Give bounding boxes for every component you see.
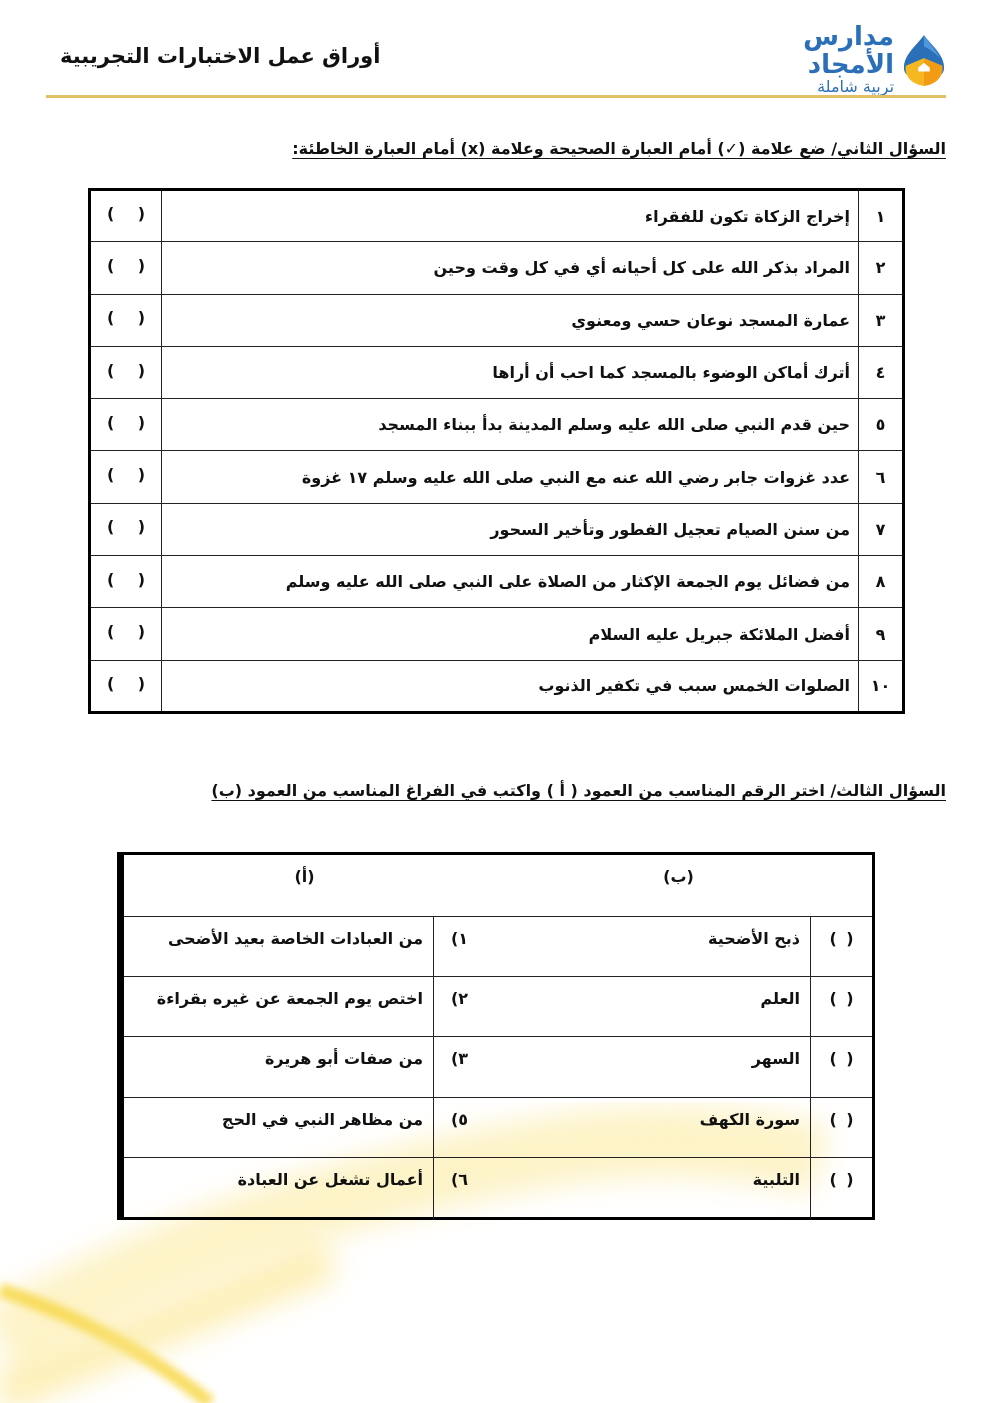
question2-heading: السؤال الثاني/ ضع علامة (✓) أمام العبارة… [292, 139, 946, 158]
header-divider [46, 95, 946, 98]
answer-blank[interactable]: )( [90, 294, 162, 346]
table-row: ٨ من فضائل يوم الجمعة الإكثار من الصلاة … [90, 556, 904, 608]
statement: الصلوات الخمس سبب في تكفير الذنوب [162, 660, 859, 712]
column-b-row: )( ذبح الأضحية [485, 917, 872, 977]
row-number: ٤ [859, 346, 904, 398]
matching-table: (أ) ١) من العبادات الخاصة بعيد الأضحى ٢)… [117, 852, 875, 1220]
table-row: ٤ أترك أماكن الوضوء بالمسجد كما احب أن أ… [90, 346, 904, 398]
table-row: ٦ عدد غزوات جابر رضي الله عنه مع النبي ص… [90, 451, 904, 503]
row-number: ١ [859, 190, 904, 242]
column-b: (ب) )( ذبح الأضحية )( العلم )( السهر )( … [485, 855, 872, 1217]
worksheet-title: أوراق عمل الاختبارات التجريبية [60, 44, 380, 68]
table-row: ٧ من سنن الصيام تعجيل الفطور وتأخير السح… [90, 503, 904, 555]
answer-blank[interactable]: )( [90, 451, 162, 503]
statement: من سنن الصيام تعجيل الفطور وتأخير السحور [162, 503, 859, 555]
answer-blank[interactable]: )( [810, 977, 872, 1036]
answer-blank[interactable]: )( [90, 242, 162, 294]
answer-blank[interactable]: )( [810, 1158, 872, 1218]
statement: المراد بذكر الله على كل أحيانه أي في كل … [162, 242, 859, 294]
item-text: التلبية [485, 1158, 810, 1189]
true-false-table: ١ إخراج الزكاة تكون للفقراء )( ٢ المراد … [88, 188, 905, 714]
column-b-row: )( سورة الكهف [485, 1098, 872, 1158]
row-number: ٥ [859, 399, 904, 451]
item-text: اختص يوم الجمعة عن غيره بقراءة [124, 977, 433, 1008]
item-text: من صفات أبو هريرة [124, 1037, 433, 1068]
item-text: أعمال تشغل عن العبادة [124, 1158, 433, 1189]
column-a-row: ١) من العبادات الخاصة بعيد الأضحى [124, 917, 485, 977]
logo-tagline: تربية شاملة [716, 79, 894, 96]
answer-blank[interactable]: )( [810, 1098, 872, 1157]
statement: عدد غزوات جابر رضي الله عنه مع النبي صلى… [162, 451, 859, 503]
answer-blank[interactable]: )( [90, 608, 162, 660]
item-text: ذبح الأضحية [485, 917, 810, 948]
question3-heading: السؤال الثالث/ اختر الرقم المناسب من الع… [211, 781, 946, 800]
table-row: ٥ حين قدم النبي صلى الله عليه وسلم المدي… [90, 399, 904, 451]
item-text: سورة الكهف [485, 1098, 810, 1129]
row-number: ١٠ [859, 660, 904, 712]
item-text: العلم [485, 977, 810, 1008]
row-number: ٦ [859, 451, 904, 503]
answer-blank[interactable]: )( [90, 556, 162, 608]
item-text: من العبادات الخاصة بعيد الأضحى [124, 917, 433, 948]
column-a-row: ٢) اختص يوم الجمعة عن غيره بقراءة [124, 977, 485, 1037]
column-a: (أ) ١) من العبادات الخاصة بعيد الأضحى ٢)… [120, 855, 485, 1217]
item-text: من مظاهر النبي في الحج [124, 1098, 433, 1129]
column-b-row: )( العلم [485, 977, 872, 1037]
statement: عمارة المسجد نوعان حسي ومعنوي [162, 294, 859, 346]
answer-blank[interactable]: )( [90, 346, 162, 398]
column-a-row: ٥) من مظاهر النبي في الحج [124, 1098, 485, 1158]
row-number: ٢ [859, 242, 904, 294]
table-row: ٣ عمارة المسجد نوعان حسي ومعنوي )( [90, 294, 904, 346]
item-number: ١) [433, 917, 485, 976]
answer-blank[interactable]: )( [90, 503, 162, 555]
table-row: ٩ أفضل الملائكة جبريل عليه السلام )( [90, 608, 904, 660]
item-number: ٦) [433, 1158, 485, 1218]
row-number: ٣ [859, 294, 904, 346]
drop-logo-icon [902, 32, 946, 88]
item-text: السهر [485, 1037, 810, 1068]
table-row: ١٠ الصلوات الخمس سبب في تكفير الذنوب )( [90, 660, 904, 712]
column-b-row: )( السهر [485, 1037, 872, 1097]
column-b-row: )( التلبية [485, 1158, 872, 1218]
answer-blank[interactable]: )( [810, 1037, 872, 1096]
table-row: ٢ المراد بذكر الله على كل أحيانه أي في ك… [90, 242, 904, 294]
column-a-row: ٣) من صفات أبو هريرة [124, 1037, 485, 1097]
row-number: ٨ [859, 556, 904, 608]
column-a-header: (أ) [124, 855, 485, 917]
school-logo: مدارس الأمجاد تربية شاملة [716, 30, 946, 90]
row-number: ٧ [859, 503, 904, 555]
statement: إخراج الزكاة تكون للفقراء [162, 190, 859, 242]
answer-blank[interactable]: )( [90, 399, 162, 451]
table-row: ١ إخراج الزكاة تكون للفقراء )( [90, 190, 904, 242]
column-a-row: ٦) أعمال تشغل عن العبادة [124, 1158, 485, 1218]
logo-name: مدارس الأمجاد [716, 24, 894, 79]
answer-blank[interactable]: )( [90, 190, 162, 242]
item-number: ٢) [433, 977, 485, 1036]
item-number: ٣) [433, 1037, 485, 1096]
statement: أترك أماكن الوضوء بالمسجد كما احب أن أرا… [162, 346, 859, 398]
item-number: ٥) [433, 1098, 485, 1157]
statement: حين قدم النبي صلى الله عليه وسلم المدينة… [162, 399, 859, 451]
column-b-header: (ب) [485, 855, 872, 917]
statement: من فضائل يوم الجمعة الإكثار من الصلاة عل… [162, 556, 859, 608]
statement: أفضل الملائكة جبريل عليه السلام [162, 608, 859, 660]
row-number: ٩ [859, 608, 904, 660]
answer-blank[interactable]: )( [810, 917, 872, 976]
answer-blank[interactable]: )( [90, 660, 162, 712]
